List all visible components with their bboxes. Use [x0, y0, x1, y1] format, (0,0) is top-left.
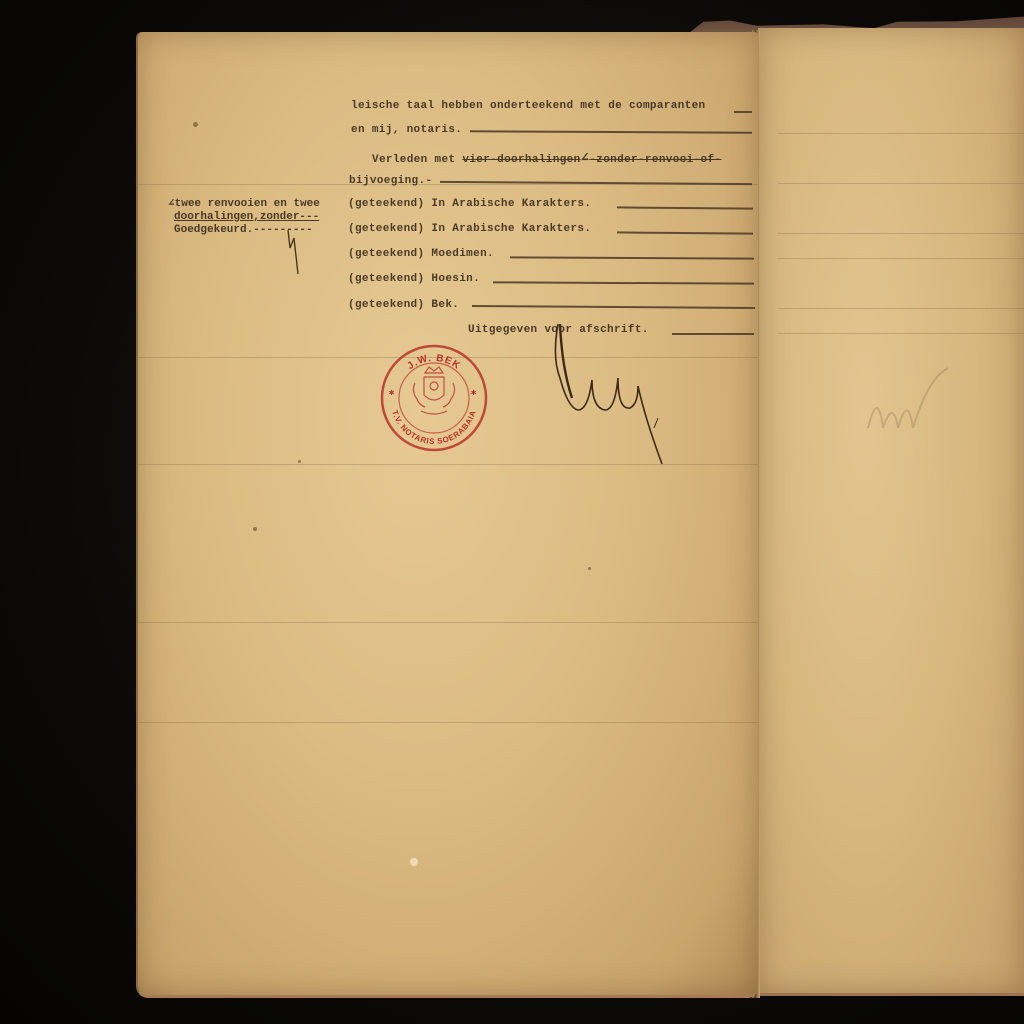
ruled-line [138, 722, 758, 723]
struck-text: vier-doorhalingen [462, 154, 580, 166]
struck-text-suffix: -zonder-renvooi-of- [589, 154, 721, 166]
signature-line-4: (geteekend) Hoesin. [348, 273, 480, 285]
margin-note-line-1: twee renvooien en twee [175, 198, 320, 210]
foxing-spot [588, 567, 591, 570]
deed-line-1: leische taal hebben onderteekend met de … [351, 100, 706, 112]
foxing-spot [193, 122, 198, 127]
signature-line-1: (geteekend) In Arabische Karakters. [348, 198, 591, 210]
fill-rule [734, 111, 752, 113]
deed-line-3-prefix: Verleden met [372, 154, 462, 166]
margin-note-line-2: doorhalingen,zonder--- [168, 211, 348, 224]
signatory-name: Bek. [431, 299, 459, 311]
signature-line-5: (geteekend) Bek. [348, 299, 459, 311]
ruled-line [778, 258, 1024, 259]
ruled-line [778, 183, 1024, 184]
svg-text:J.W. BEK: J.W. BEK [405, 353, 462, 372]
bleed-through-signature [858, 358, 968, 448]
correction-mark: ∠ [168, 198, 175, 210]
deed-line-2: en mij, notaris. [351, 124, 462, 136]
signatory-name: Hoesin. [431, 273, 480, 285]
signed-label: (geteekend) [348, 223, 424, 235]
signed-label: (geteekend) [348, 248, 424, 260]
signed-label: (geteekend) [348, 198, 424, 210]
coat-of-arms-icon [413, 367, 454, 414]
margin-approval-note: ∠twee renvooien en twee doorhalingen,zon… [168, 198, 348, 237]
signatory-name: In Arabische Karakters. [431, 223, 591, 235]
ruled-line [778, 308, 1024, 309]
foxing-spot [253, 527, 257, 531]
svg-text:✱: ✱ [389, 388, 395, 398]
ruled-line [778, 233, 1024, 234]
signed-label: (geteekend) [348, 273, 424, 285]
ruled-line [778, 133, 1024, 134]
notary-seal-stamp: J.W. BEK T.V. NOTARIS SOERABAIA ✱ ✱ [379, 343, 489, 453]
signature-line-3: (geteekend) Moedimen. [348, 248, 494, 260]
deed-line-3: Verleden met vier-doorhalingen∠-zonder-r… [372, 150, 721, 167]
notary-signature [550, 318, 680, 478]
ruled-line [778, 333, 1024, 334]
stamp-top-text: J.W. BEK [405, 353, 462, 372]
correction-mark: ∠ [581, 151, 590, 167]
signed-label: (geteekend) [348, 299, 424, 311]
deed-line-4: bijvoeging.- [349, 175, 432, 187]
right-page [758, 28, 1024, 996]
fill-rule [672, 333, 754, 335]
margin-note-line-3: Goedgekeurd.--------- [168, 224, 348, 237]
ruled-line [138, 622, 758, 623]
svg-text:✱: ✱ [471, 388, 477, 398]
light-spot [410, 858, 418, 866]
signature-line-2: (geteekend) In Arabische Karakters. [348, 223, 591, 235]
signatory-name: Moedimen. [431, 248, 494, 260]
left-page [136, 32, 758, 998]
margin-initials-signature [280, 226, 304, 280]
foxing-spot [298, 460, 301, 463]
signatory-name: In Arabische Karakters. [431, 198, 591, 210]
